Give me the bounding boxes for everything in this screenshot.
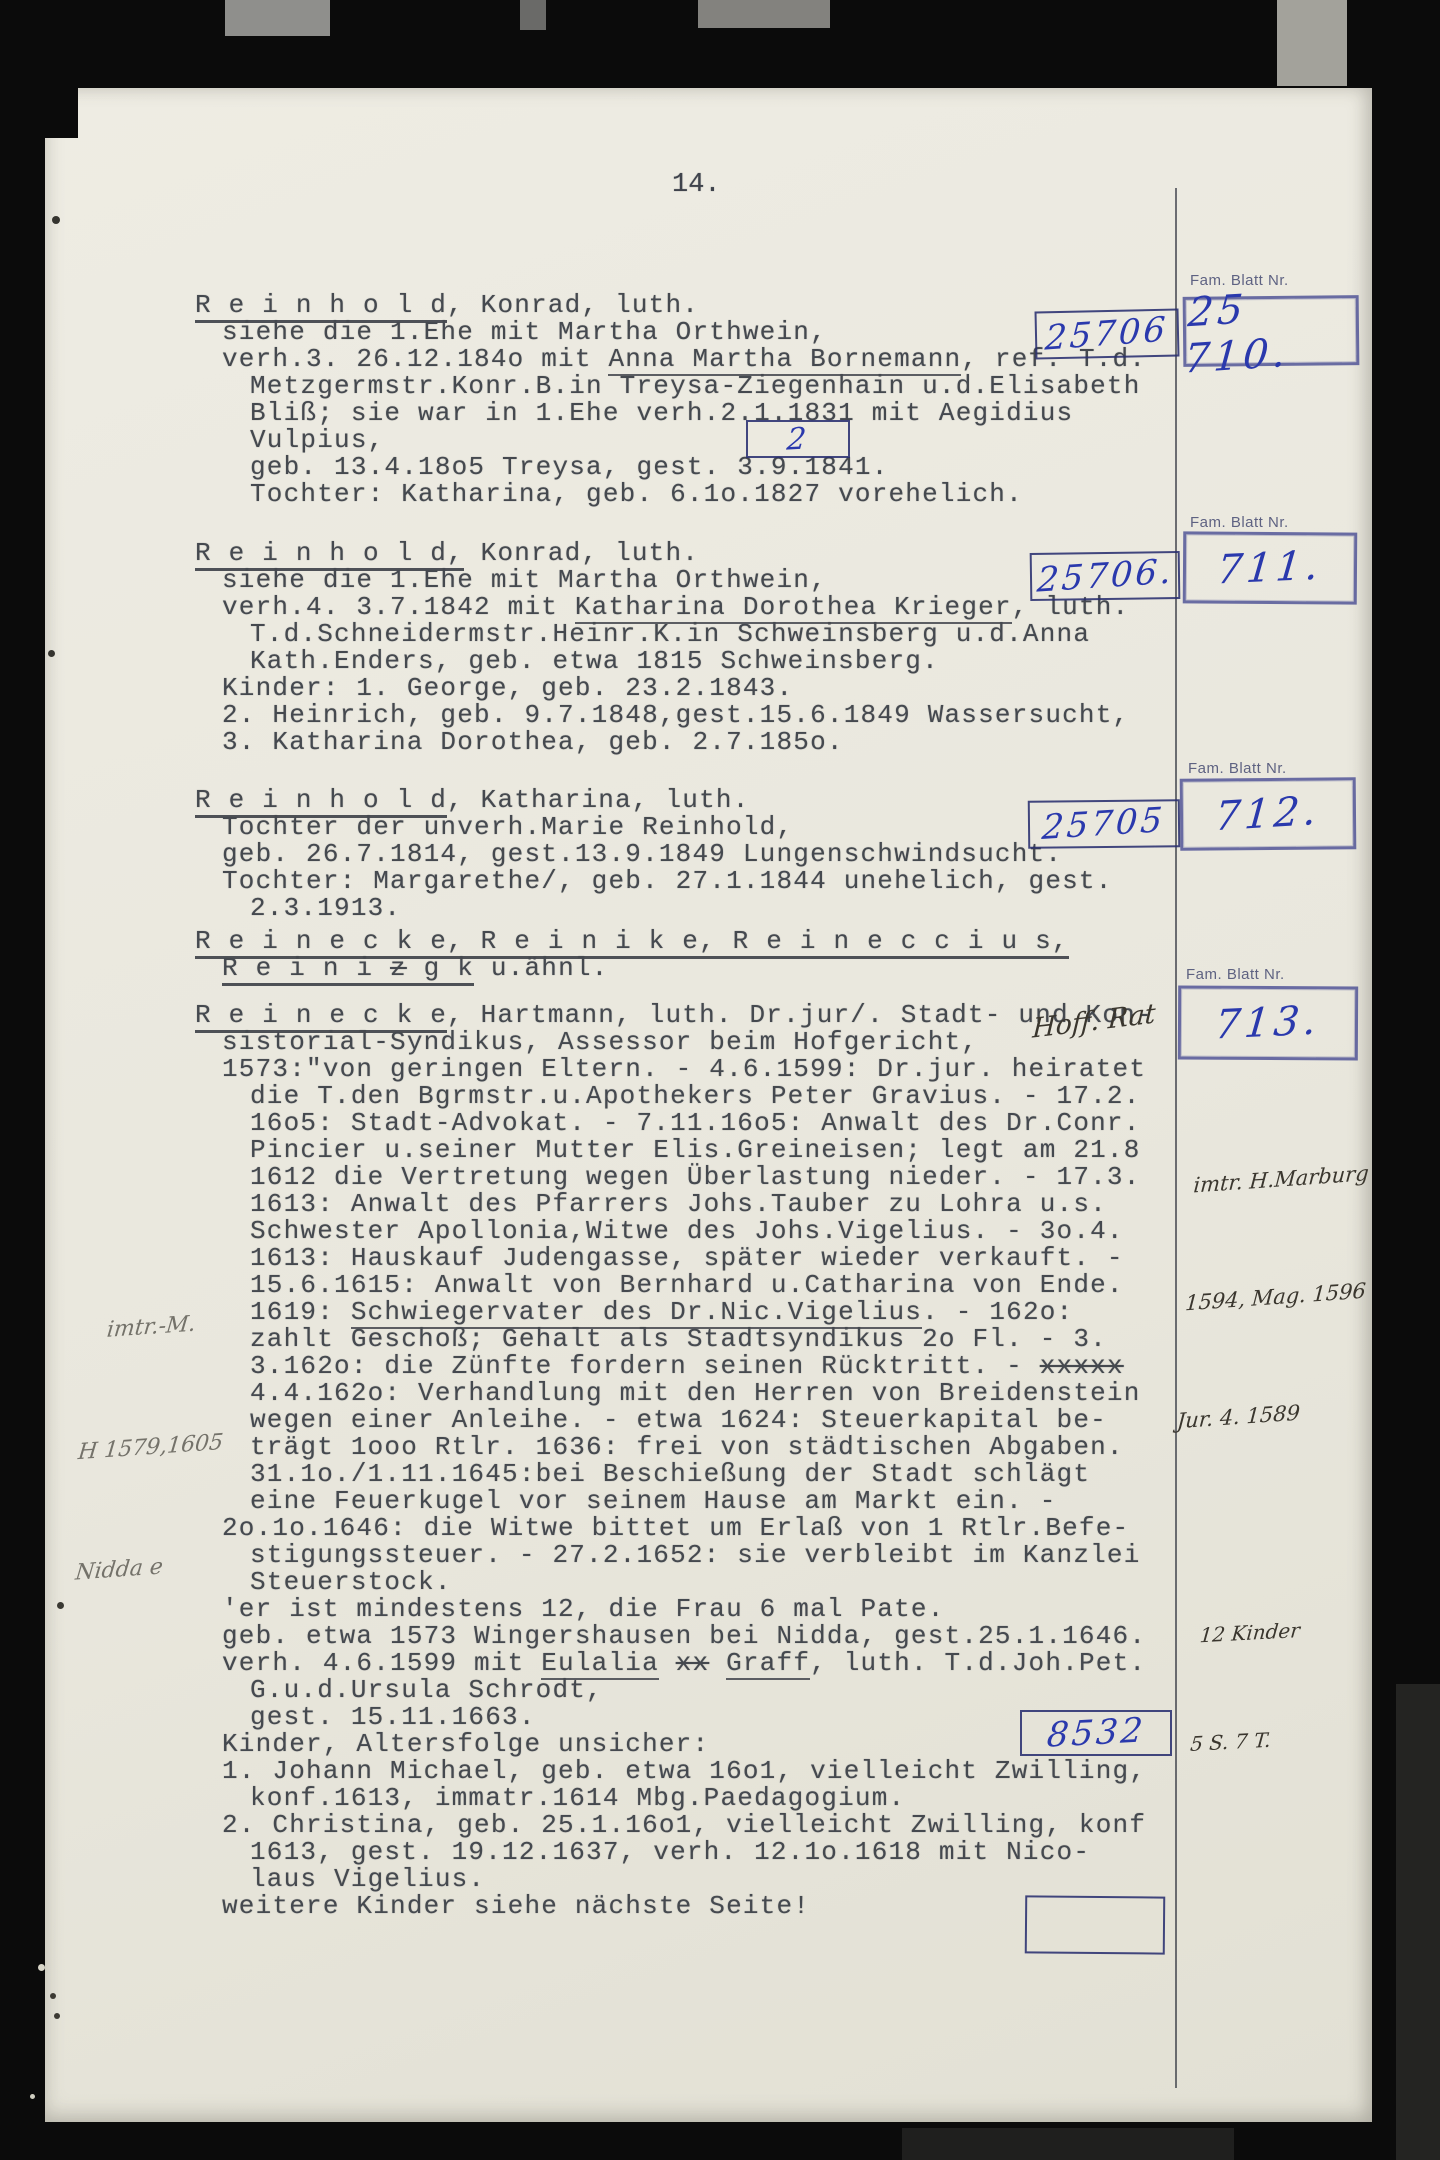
typed-text-segment: Bliß; sie war in 1.Ehe verh.2.1.1831 mit… bbox=[250, 398, 1073, 428]
typed-text-segment: siehe die 1.Ehe mit Martha Orthwein, bbox=[222, 317, 827, 347]
ink-number-box-empty bbox=[1025, 1895, 1166, 1954]
typed-line: Kinder, Altersfolge unsicher: bbox=[195, 1731, 1153, 1758]
entry-reinhold-konrad-marriage3: R e i n h o l d, Konrad, luth.siehe die … bbox=[195, 292, 1146, 508]
typed-line: 1619: Schwiegervater des Dr.Nic.Vigelius… bbox=[195, 1299, 1153, 1326]
typed-text-segment: verh.3. 26.12.184o mit bbox=[222, 344, 608, 374]
typed-text-segment: laus Vigelius. bbox=[250, 1864, 485, 1894]
scanner-background-patch bbox=[698, 0, 830, 28]
typed-text-segment: eine Feuerkugel vor seinem Hause am Mark… bbox=[250, 1486, 1057, 1516]
fam-blatt-number-value: 25 710. bbox=[1183, 279, 1360, 382]
typed-line: geb. 26.7.1814, gest.13.9.1849 Lungensch… bbox=[195, 841, 1113, 868]
typed-text-segment: verh. 4.6.1599 mit bbox=[222, 1648, 541, 1678]
fam-blatt-number-box-2: 711. bbox=[1183, 531, 1357, 604]
typed-line: 1613: Anwalt des Pfarrers Johs.Tauber zu… bbox=[195, 1191, 1153, 1218]
typed-line: Bliß; sie war in 1.Ehe verh.2.1.1831 mit… bbox=[195, 400, 1146, 427]
typed-line: R e i n h o l d, Konrad, luth. bbox=[195, 292, 1146, 319]
fam-blatt-number-box-4: 713. bbox=[1178, 986, 1358, 1061]
typed-text-segment: zahlt Geschoß; Gehalt als Stadtsyndikus … bbox=[250, 1324, 1107, 1354]
typed-text-segment: Steuerstock. bbox=[250, 1567, 452, 1597]
typed-line: die T.den Bgrmstr.u.Apothekers Peter Gra… bbox=[195, 1083, 1153, 1110]
typed-line: eine Feuerkugel vor seinem Hause am Mark… bbox=[195, 1488, 1153, 1515]
typed-text-segment: 4.4.162o: Verhandlung mit den Herren von… bbox=[250, 1378, 1141, 1408]
typed-text-segment: 3. Katharina Dorothea, geb. 2.7.185o. bbox=[222, 727, 844, 757]
typed-line: 3. Katharina Dorothea, geb. 2.7.185o. bbox=[195, 729, 1129, 756]
handwritten-note-line: H 1579,1605 bbox=[76, 1423, 225, 1474]
typed-line: Metzgermstr.Konr.B.in Treysa-Ziegenhain … bbox=[195, 373, 1146, 400]
typed-line: 2.3.1913. bbox=[195, 895, 1113, 922]
scanner-background-patch bbox=[0, 88, 78, 138]
typed-line: 31.1o./1.11.1645:bei Beschießung der Sta… bbox=[195, 1461, 1153, 1488]
typed-text-segment bbox=[709, 1648, 726, 1678]
scanner-dust-speck bbox=[30, 2094, 35, 2099]
typed-line: Vulpius, bbox=[195, 427, 1146, 454]
typed-line: G.u.d.Ursula Schrodt, bbox=[195, 1677, 1153, 1704]
typed-line: laus Vigelius. bbox=[195, 1866, 1153, 1893]
fam-blatt-number-box-1: 25 710. bbox=[1183, 295, 1360, 367]
typed-line: R e i n h o l d, Konrad, luth. bbox=[195, 540, 1129, 567]
scanner-background-patch bbox=[520, 0, 546, 30]
fam-blatt-label: Fam. Blatt Nr. bbox=[1190, 514, 1289, 531]
typed-line: gest. 15.11.1663. bbox=[195, 1704, 1153, 1731]
ink-number-box-25706-a: 25706 bbox=[1035, 308, 1180, 359]
ink-number-value: 25706. bbox=[1035, 551, 1175, 600]
entry-reinhold-katharina: R e i n h o l d, Katharina, luth.Tochter… bbox=[195, 787, 1113, 922]
typed-text-segment: Konrad, luth. bbox=[464, 538, 699, 568]
typed-line: trägt 1ooo Rtlr. 1636: frei von städtisc… bbox=[195, 1434, 1153, 1461]
entry-reinhold-konrad-marriage4: R e i n h o l d, Konrad, luth.siehe die … bbox=[195, 540, 1129, 756]
typed-text-segment: 'er ist mindestens 12, die Frau 6 mal Pa… bbox=[222, 1594, 945, 1624]
typed-line: 4.4.162o: Verhandlung mit den Herren von… bbox=[195, 1380, 1153, 1407]
typed-text-segment: xxxxx bbox=[1040, 1351, 1124, 1381]
ink-number-box-25706-b: 25706. bbox=[1030, 551, 1181, 601]
typed-line: geb. 13.4.18o5 Treysa, gest. 3.9.1841. bbox=[195, 454, 1146, 481]
typed-text-segment: 1613: Anwalt des Pfarrers Johs.Tauber zu… bbox=[250, 1189, 1107, 1219]
fam-blatt-number-box-3: 712. bbox=[1180, 777, 1357, 851]
typed-line: 1612 die Vertretung wegen Überlastung ni… bbox=[195, 1164, 1153, 1191]
typed-text-segment: verh.4. 3.7.1842 mit bbox=[222, 592, 575, 622]
typed-text-segment: konf.1613, immatr.1614 Mbg.Paedagogium. bbox=[250, 1783, 905, 1813]
typed-line: weitere Kinder siehe nächste Seite! bbox=[195, 1893, 1153, 1920]
typed-text-segment: Vulpius, bbox=[250, 425, 384, 455]
typed-text-segment: 2o.1o.1646: die Witwe bittet um Erlaß vo… bbox=[222, 1513, 1129, 1543]
typed-text-segment: Kinder: 1. George, geb. 23.2.1843. bbox=[222, 673, 793, 703]
typed-line: wegen einer Anleihe. - etwa 1624: Steuer… bbox=[195, 1407, 1153, 1434]
typed-line: 'er ist mindestens 12, die Frau 6 mal Pa… bbox=[195, 1596, 1153, 1623]
typed-line: siehe die 1.Ehe mit Martha Orthwein, bbox=[195, 567, 1129, 594]
ink-number-box-8532: 8532 bbox=[1020, 1710, 1172, 1756]
document-page: 14. R e i n h o l d, Konrad, luth.siehe … bbox=[45, 88, 1372, 2122]
typed-text-segment: . - 162o: bbox=[922, 1297, 1073, 1327]
typed-line: R e i n e c k e, Hartmann, luth. Dr.jur/… bbox=[195, 1002, 1153, 1029]
handwritten-note-line: imtr.-M. bbox=[89, 1302, 238, 1353]
typed-text-segment: Tochter der unverh.Marie Reinhold, bbox=[222, 812, 793, 842]
typed-text-segment: 1613, gest. 19.12.1637, verh. 12.1o.1618… bbox=[250, 1837, 1090, 1867]
fam-blatt-number-value: 711. bbox=[1215, 542, 1324, 593]
typed-text-segment: 1612 die Vertretung wegen Überlastung ni… bbox=[250, 1162, 1141, 1192]
typed-text-segment: R e i n i bbox=[222, 953, 390, 986]
typed-text-segment: Tochter: Margarethe/, geb. 27.1.1844 une… bbox=[222, 866, 1113, 896]
ink-number-box-2: 2 bbox=[746, 420, 850, 458]
typed-line: 16o5: Stadt-Advokat. - 7.11.16o5: Anwalt… bbox=[195, 1110, 1153, 1137]
scanner-background-patch bbox=[902, 2128, 1234, 2160]
typed-line: 2. Christina, geb. 25.1.16o1, vielleicht… bbox=[195, 1812, 1153, 1839]
typed-text-segment: 15.6.1615: Anwalt von Bernhard u.Cathari… bbox=[250, 1270, 1124, 1300]
typed-line: siehe die 1.Ehe mit Martha Orthwein, bbox=[195, 319, 1146, 346]
paper-edge-dot bbox=[48, 650, 55, 657]
typed-line: R e i n i z g k u.ähnl. bbox=[195, 955, 1069, 982]
page-number: 14. bbox=[672, 170, 721, 200]
typed-text-segment: Tochter: Katharina, geb. 6.1o.1827 voreh… bbox=[250, 479, 1023, 509]
typed-line: 1573:"von geringen Eltern. - 4.6.1599: D… bbox=[195, 1056, 1153, 1083]
handwritten-note-line: 5 S. 7 T. bbox=[1189, 1721, 1292, 1762]
scanner-background-patch bbox=[1396, 1684, 1440, 2160]
typed-line: verh. 4.6.1599 mit Eulalia xx Graff, lut… bbox=[195, 1650, 1153, 1677]
typed-text-segment: gest. 15.11.1663. bbox=[250, 1702, 536, 1732]
typed-text-segment: , Konrad, luth. bbox=[447, 290, 699, 320]
handwritten-note-line: imtr. H.Marburg bbox=[1192, 1154, 1375, 1206]
scanner-dust-speck bbox=[38, 1964, 45, 1971]
typed-line: 1613, gest. 19.12.1637, verh. 12.1o.1618… bbox=[195, 1839, 1153, 1866]
ink-number-box-25705: 25705 bbox=[1028, 799, 1180, 849]
typed-text-segment: u.ähnl. bbox=[474, 953, 608, 983]
typed-text-segment: trägt 1ooo Rtlr. 1636: frei von städtisc… bbox=[250, 1432, 1124, 1462]
ink-number-value: 8532 bbox=[1045, 1710, 1147, 1755]
typed-text-segment: 1613: Hauskauf Judengasse, später wieder… bbox=[250, 1243, 1124, 1273]
typed-text-segment: 16o5: Stadt-Advokat. - 7.11.16o5: Anwalt… bbox=[250, 1108, 1141, 1138]
handwritten-note-line: Jur. 4. 1589 bbox=[1176, 1389, 1359, 1441]
typed-line: 2. Heinrich, geb. 9.7.1848,gest.15.6.184… bbox=[195, 702, 1129, 729]
entry-reinecke-hartmann: R e i n e c k e, Hartmann, luth. Dr.jur/… bbox=[195, 1002, 1153, 1920]
fam-blatt-label: Fam. Blatt Nr. bbox=[1186, 966, 1285, 983]
typed-line: sistorial-Syndikus, Assessor beim Hofger… bbox=[195, 1029, 1153, 1056]
typed-text-segment: geb. etwa 1573 Wingershausen bei Nidda, … bbox=[222, 1621, 1146, 1651]
handwritten-note-line: 1594, Mag. 1596 bbox=[1184, 1272, 1367, 1324]
ink-number-value: 25705 bbox=[1041, 800, 1167, 848]
typed-text-segment: Kath.Enders, geb. etwa 1815 Schweinsberg… bbox=[250, 646, 939, 676]
typed-text-segment: xx bbox=[676, 1648, 710, 1678]
typed-line: Kinder: 1. George, geb. 23.2.1843. bbox=[195, 675, 1129, 702]
typed-line: R e i n h o l d, Katharina, luth. bbox=[195, 787, 1113, 814]
typed-line: Steuerstock. bbox=[195, 1569, 1153, 1596]
typed-line: Schwester Apollonia,Witwe des Johs.Vigel… bbox=[195, 1218, 1153, 1245]
scanned-page-stage: 14. R e i n h o l d, Konrad, luth.siehe … bbox=[0, 0, 1440, 2160]
typed-text-segment: die T.den Bgrmstr.u.Apothekers Peter Gra… bbox=[250, 1081, 1141, 1111]
typed-text-segment: sistorial-Syndikus, Assessor beim Hofger… bbox=[222, 1027, 978, 1057]
typed-text-segment: T.d.Schneidermstr.Heinr.K.in Schweinsber… bbox=[250, 619, 1090, 649]
typed-line: Tochter: Katharina, geb. 6.1o.1827 voreh… bbox=[195, 481, 1146, 508]
fam-blatt-number-value: 712. bbox=[1214, 788, 1323, 841]
typed-text-segment: , Katharina, luth. bbox=[447, 785, 749, 815]
typed-text-segment: 2.3.1913. bbox=[250, 893, 401, 923]
typed-line: Kath.Enders, geb. etwa 1815 Schweinsberg… bbox=[195, 648, 1129, 675]
paper-edge-dot bbox=[57, 1602, 64, 1609]
typed-text-segment: 2. Christina, geb. 25.1.16o1, vielleicht… bbox=[222, 1810, 1146, 1840]
typed-text-segment: wegen einer Anleihe. - etwa 1624: Steuer… bbox=[250, 1405, 1107, 1435]
typed-text-segment: siehe die 1.Ehe mit Martha Orthwein, bbox=[222, 565, 827, 595]
typed-text-segment: Kinder, Altersfolge unsicher: bbox=[222, 1729, 709, 1759]
typed-text-segment: Schwester Apollonia,Witwe des Johs.Vigel… bbox=[250, 1216, 1124, 1246]
typed-line: verh.4. 3.7.1842 mit Katharina Dorothea … bbox=[195, 594, 1129, 621]
typed-line: stigungssteuer. - 27.2.1652: sie verblei… bbox=[195, 1542, 1153, 1569]
typed-line: R e i n e c k e, R e i n i k e, R e i n … bbox=[195, 928, 1069, 955]
typed-line: 1613: Hauskauf Judengasse, später wieder… bbox=[195, 1245, 1153, 1272]
typed-line: verh.3. 26.12.184o mit Anna Martha Borne… bbox=[195, 346, 1146, 373]
typed-line: Tochter der unverh.Marie Reinhold, bbox=[195, 814, 1113, 841]
surname-group-heading-reinecke: R e i n e c k e, R e i n i k e, R e i n … bbox=[195, 928, 1069, 982]
typed-line: 2o.1o.1646: die Witwe bittet um Erlaß vo… bbox=[195, 1515, 1153, 1542]
handwritten-note-line: 12 Kinder bbox=[1198, 1612, 1301, 1653]
typed-text-segment: z bbox=[390, 953, 407, 986]
typed-text-segment: 1573:"von geringen Eltern. - 4.6.1599: D… bbox=[222, 1054, 1146, 1084]
typed-line: 1. Johann Michael, geb. etwa 16o1, viell… bbox=[195, 1758, 1153, 1785]
typed-line: 15.6.1615: Anwalt von Bernhard u.Cathari… bbox=[195, 1272, 1153, 1299]
typed-line: T.d.Schneidermstr.Heinr.K.in Schweinsber… bbox=[195, 621, 1129, 648]
typed-text-segment: 31.1o./1.11.1645:bei Beschießung der Sta… bbox=[250, 1459, 1090, 1489]
paper-edge-dot bbox=[54, 2013, 60, 2019]
scanner-background-patch bbox=[225, 0, 330, 36]
typed-text-segment: G.u.d.Ursula Schrodt, bbox=[250, 1675, 603, 1705]
typed-line: 3.162o: die Zünfte fordern seinen Rücktr… bbox=[195, 1353, 1153, 1380]
handwritten-note-children-count: 12 Kinder 5 S. 7 T. bbox=[1182, 1540, 1307, 1835]
typed-text-segment: 1619: bbox=[250, 1297, 351, 1327]
typed-text-segment: , luth. T.d.Joh.Pet. bbox=[810, 1648, 1146, 1678]
scanner-background-patch bbox=[1277, 0, 1347, 86]
typed-line: Tochter: Margarethe/, geb. 27.1.1844 une… bbox=[195, 868, 1113, 895]
typed-text-segment: 1. Johann Michael, geb. etwa 16o1, viell… bbox=[222, 1756, 1146, 1786]
fam-blatt-number-value: 713. bbox=[1213, 997, 1322, 1048]
typed-text-segment bbox=[659, 1648, 676, 1678]
paper-edge-dot bbox=[52, 216, 60, 224]
handwritten-note-line: Nidda e bbox=[63, 1544, 212, 1595]
typed-line: zahlt Geschoß; Gehalt als Stadtsyndikus … bbox=[195, 1326, 1153, 1353]
typed-text-segment: Metzgermstr.Konr.B.in Treysa-Ziegenhain … bbox=[250, 371, 1141, 401]
typed-line: geb. etwa 1573 Wingershausen bei Nidda, … bbox=[195, 1623, 1153, 1650]
margin-divider-line bbox=[1175, 188, 1177, 2088]
typed-text-segment: geb. 26.7.1814, gest.13.9.1849 Lungensch… bbox=[222, 839, 1062, 869]
typed-line: konf.1613, immatr.1614 Mbg.Paedagogium. bbox=[195, 1785, 1153, 1812]
typed-text-segment: Pincier u.seiner Mutter Elis.Greineisen;… bbox=[250, 1135, 1141, 1165]
fam-blatt-label: Fam. Blatt Nr. bbox=[1188, 760, 1287, 777]
typed-text-segment: stigungssteuer. - 27.2.1652: sie verblei… bbox=[250, 1540, 1141, 1570]
typed-text-segment: 2. Heinrich, geb. 9.7.1848,gest.15.6.184… bbox=[222, 700, 1129, 730]
typed-text-segment: 3.162o: die Zünfte fordern seinen Rücktr… bbox=[250, 1351, 1040, 1381]
typed-text-segment: g k bbox=[407, 953, 474, 986]
typed-text-segment: Graff bbox=[726, 1648, 810, 1680]
typed-text-segment: weitere Kinder siehe nächste Seite! bbox=[222, 1891, 810, 1921]
handwritten-note-marburg: imtr. H.Marburg 1594, Mag. 1596 Jur. 4. … bbox=[1170, 1075, 1381, 1520]
ink-number-value: 2 bbox=[785, 421, 810, 457]
paper-edge-dot bbox=[50, 1993, 56, 1999]
ink-number-value: 25706 bbox=[1044, 309, 1170, 358]
typed-line: Pincier u.seiner Mutter Elis.Greineisen;… bbox=[195, 1137, 1153, 1164]
